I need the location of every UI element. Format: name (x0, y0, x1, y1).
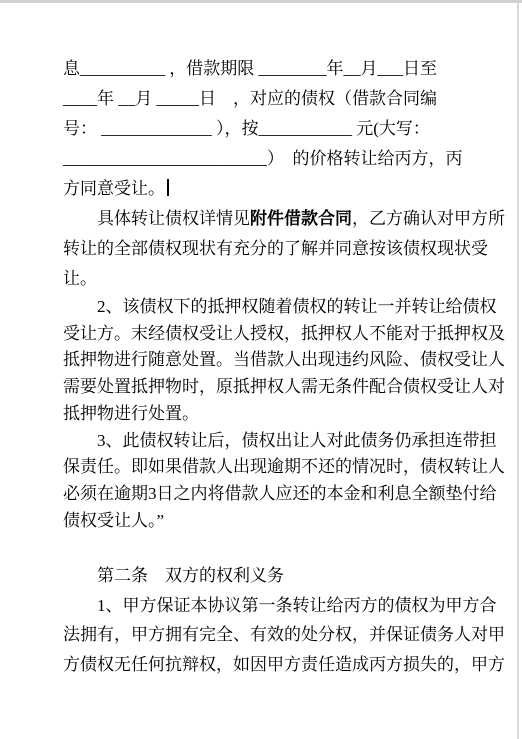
text-line: 息__________ ，借款期限 ________年__月___日至 (63, 54, 463, 84)
page-right-edge (517, 3, 519, 739)
text-cursor (167, 179, 169, 196)
text-segment: 转让的全部债权现状有充分的了解并同意按该债权现状受 (63, 239, 488, 258)
text-segment: 具体转让债权详情见 (63, 209, 250, 228)
text-segment: ________________________） 的价格转让给丙方，丙 (63, 149, 463, 168)
text-line: 让。 (63, 264, 463, 294)
text-segment: 抵押物进行随意处置。当借款人出现违约风险、债权受让人 (63, 350, 505, 369)
text-segment: 保责任。即如果借款人出现逾期不还的情况时，债权转让人 (63, 457, 505, 476)
text-line: 2、该债权下的抵押权随着债权的转让一并转让给债权 (63, 294, 463, 321)
text-segment: 方同意受让。 (63, 179, 165, 198)
text-segment: 第二条 双方的权利义务 (63, 566, 284, 585)
text-line: 1、甲方保证本协议第一条转让给丙方的债权为甲方合 (63, 591, 463, 620)
text-segment: 2、该债权下的抵押权随着债权的转让一并转让给债权 (63, 297, 497, 316)
page-top-edge (0, 0, 522, 3)
text-segment: 法拥有，甲方拥有完全、有效的处分权，并保证债务人对甲 (63, 625, 505, 644)
section-heading-article-2: 第二条 双方的权利义务 (63, 561, 463, 590)
text-segment: 债权受让人。” (63, 511, 164, 530)
text-segment: 抵押物进行处置。 (63, 404, 199, 423)
text-line: 3、此债权转让后，债权出让人对此债务仍承担连带担 (63, 428, 463, 455)
text-line: 保责任。即如果借款人出现逾期不还的情况时，债权转让人 (63, 454, 463, 481)
bold-text-segment: 附件借款合同 (250, 209, 352, 228)
paragraph-loan-terms: 息__________ ，借款期限 ________年__月___日至____年… (63, 54, 463, 204)
text-segment: 号： _____________ ），按___________ 元(大写： (63, 119, 430, 138)
text-segment: 方债权无任何抗辩权，如因甲方责任造成丙方损失的，甲方 (63, 655, 505, 674)
text-line: 方债权无任何抗辩权，如因甲方责任造成丙方损失的，甲方 (63, 650, 463, 679)
text-segment: 必须在逾期3日之内将借款人应还的本金和利息全额垫付给 (63, 484, 497, 503)
text-line: 债权受让人。” (63, 508, 463, 535)
text-segment: ____年 __月 _____日 ，对应的债权（借款合同编 (63, 89, 437, 108)
text-line: 具体转让债权详情见附件借款合同，乙方确认对甲方所 (63, 204, 463, 234)
paragraph-clause-3-guarantee: 3、此债权转让后，债权出让人对此债务仍承担连带担保责任。即如果借款人出现逾期不还… (63, 428, 463, 535)
document-text: 息__________ ，借款期限 ________年__月___日至____年… (63, 54, 463, 679)
text-segment: ，乙方确认对甲方所 (352, 209, 505, 228)
paragraph-article-2-item-1: 1、甲方保证本协议第一条转让给丙方的债权为甲方合法拥有，甲方拥有完全、有效的处分… (63, 591, 463, 679)
document-page[interactable]: 息__________ ，借款期限 ________年__月___日至____年… (0, 0, 522, 739)
paragraph-clause-2-mortgage: 2、该债权下的抵押权随着债权的转让一并转让给债权受让方。末经债权受让人授权，抵押… (63, 294, 463, 428)
text-line: 方同意受让。 (63, 174, 463, 204)
text-line: 受让方。末经债权受让人授权，抵押权人不能对于抵押权及 (63, 321, 463, 348)
text-segment: 需要处置抵押物时，原抵押权人需无条件配合债权受让人对 (63, 377, 505, 396)
text-segment: 息__________ ，借款期限 ________年__月___日至 (63, 59, 437, 78)
paragraph-attachment-confirmation: 具体转让债权详情见附件借款合同，乙方确认对甲方所转让的全部债权现状有充分的了解并… (63, 204, 463, 294)
text-line: 必须在逾期3日之内将借款人应还的本金和利息全额垫付给 (63, 481, 463, 508)
text-segment: 1、甲方保证本协议第一条转让给丙方的债权为甲方合 (63, 596, 497, 615)
text-line: 需要处置抵押物时，原抵押权人需无条件配合债权受让人对 (63, 374, 463, 401)
text-line: 第二条 双方的权利义务 (63, 561, 463, 590)
text-line: 法拥有，甲方拥有完全、有效的处分权，并保证债务人对甲 (63, 620, 463, 649)
text-line: 转让的全部债权现状有充分的了解并同意按该债权现状受 (63, 234, 463, 264)
text-segment: 受让方。末经债权受让人授权，抵押权人不能对于抵押权及 (63, 324, 505, 343)
text-line: ____年 __月 _____日 ，对应的债权（借款合同编 (63, 84, 463, 114)
text-line: 抵押物进行随意处置。当借款人出现违约风险、债权受让人 (63, 347, 463, 374)
text-line: 抵押物进行处置。 (63, 401, 463, 428)
text-line: 号： _____________ ），按___________ 元(大写： (63, 114, 463, 144)
text-segment: 让。 (63, 269, 97, 288)
text-segment: 3、此债权转让后，债权出让人对此债务仍承担连带担 (63, 431, 497, 450)
text-line: ________________________） 的价格转让给丙方，丙 (63, 144, 463, 174)
